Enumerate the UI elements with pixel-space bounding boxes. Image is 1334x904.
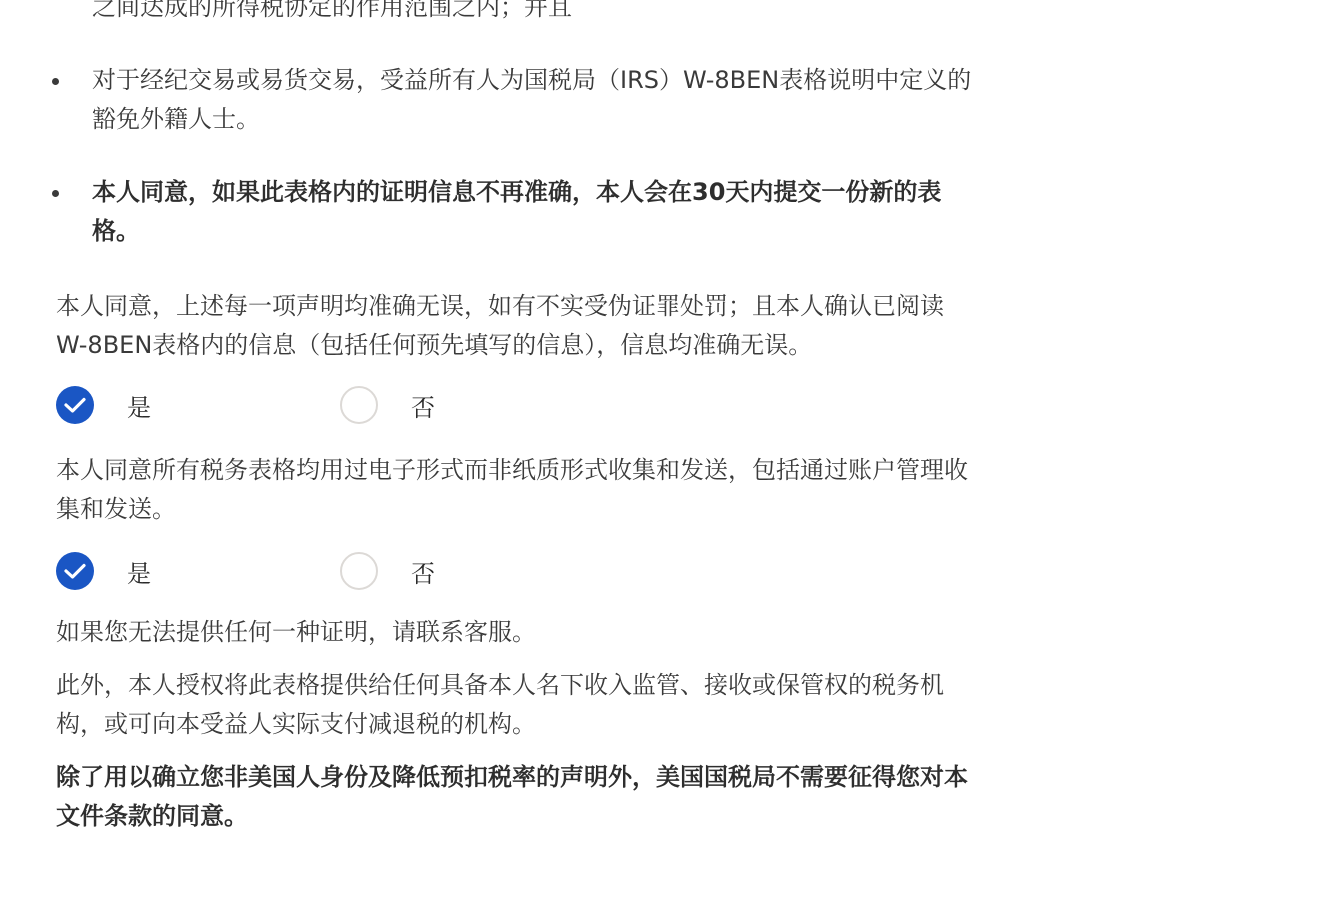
check-icon (64, 563, 86, 579)
radio-label-no: 否 (411, 554, 435, 589)
bullet-line: 对于经纪交易或易货交易，受益所有人为国税局（IRS）W-8BEN表格说明中定义的 (92, 61, 1146, 100)
contact-support-note: 如果您无法提供任何一种证明，请联系客服。 (56, 613, 1146, 652)
radio-label-no: 否 (411, 388, 435, 423)
declaration-line: 本人同意，上述每一项声明均准确无误，如有不实受伪证罪处罚；且本人确认已阅读 (56, 287, 1146, 326)
declaration-accuracy-radio-group: 是 否 (56, 383, 1146, 427)
declaration-line: W-8BEN表格内的信息（包括任何预先填写的信息），信息均准确无误。 (56, 326, 1146, 365)
w8ben-declaration-content: 之间达成的所得税协定的作用范围之内；并且 对于经纪交易或易货交易，受益所有人为国… (56, 0, 1146, 836)
declaration-line: 本人同意所有税务表格均用过电子形式而非纸质形式收集和发送，包括通过账户管理收 (56, 451, 1146, 490)
bullet-line: 本人同意，如果此表格内的证明信息不再准确，本人会在30天内提交一份新的表 (92, 173, 1146, 212)
radio-unchecked-circle[interactable] (340, 386, 378, 424)
authorization-line: 构，或可向本受益人实际支付减退税的机构。 (56, 705, 1146, 744)
bullet-dot (52, 78, 59, 85)
authorization-text: 此外，本人授权将此表格提供给任何具备本人名下收入监管、接收或保管权的税务机 构，… (56, 666, 1146, 744)
radio-label-yes: 是 (127, 388, 151, 423)
irs-consent-notice: 除了用以确立您非美国人身份及降低预扣税率的声明外，美国国税局不需要征得您对本 文… (56, 758, 1146, 836)
bullet-exempt-foreign-person: 对于经纪交易或易货交易，受益所有人为国税局（IRS）W-8BEN表格说明中定义的… (56, 61, 1146, 139)
irs-notice-line: 文件条款的同意。 (56, 797, 1146, 836)
bullet-line: 格。 (92, 212, 1146, 251)
bullet-dot (52, 190, 59, 197)
bullet-line: 豁免外籍人士。 (92, 100, 1146, 139)
declaration-accuracy-no-radio[interactable]: 否 (340, 386, 435, 424)
declaration-electronic-yes-radio[interactable]: 是 (56, 552, 340, 590)
bullet-continued: 之间达成的所得税协定的作用范围之内；并且 (56, 0, 1146, 27)
radio-label-yes: 是 (127, 554, 151, 589)
declaration-line: 集和发送。 (56, 490, 1146, 529)
check-icon (64, 397, 86, 413)
radio-unchecked-circle[interactable] (340, 552, 378, 590)
radio-checked-circle[interactable] (56, 386, 94, 424)
declaration-electronic-no-radio[interactable]: 否 (340, 552, 435, 590)
authorization-line: 此外，本人授权将此表格提供给任何具备本人名下收入监管、接收或保管权的税务机 (56, 666, 1146, 705)
bullet-30-day-update: 本人同意，如果此表格内的证明信息不再准确，本人会在30天内提交一份新的表 格。 (56, 173, 1146, 251)
radio-checked-circle[interactable] (56, 552, 94, 590)
bullet-continued-text: 之间达成的所得税协定的作用范围之内；并且 (92, 0, 1146, 27)
irs-notice-line: 除了用以确立您非美国人身份及降低预扣税率的声明外，美国国税局不需要征得您对本 (56, 758, 1146, 797)
declaration-accuracy-text: 本人同意，上述每一项声明均准确无误，如有不实受伪证罪处罚；且本人确认已阅读 W-… (56, 287, 1146, 365)
declaration-accuracy-yes-radio[interactable]: 是 (56, 386, 340, 424)
declaration-electronic-delivery-text: 本人同意所有税务表格均用过电子形式而非纸质形式收集和发送，包括通过账户管理收 集… (56, 451, 1146, 529)
declaration-electronic-radio-group: 是 否 (56, 549, 1146, 593)
